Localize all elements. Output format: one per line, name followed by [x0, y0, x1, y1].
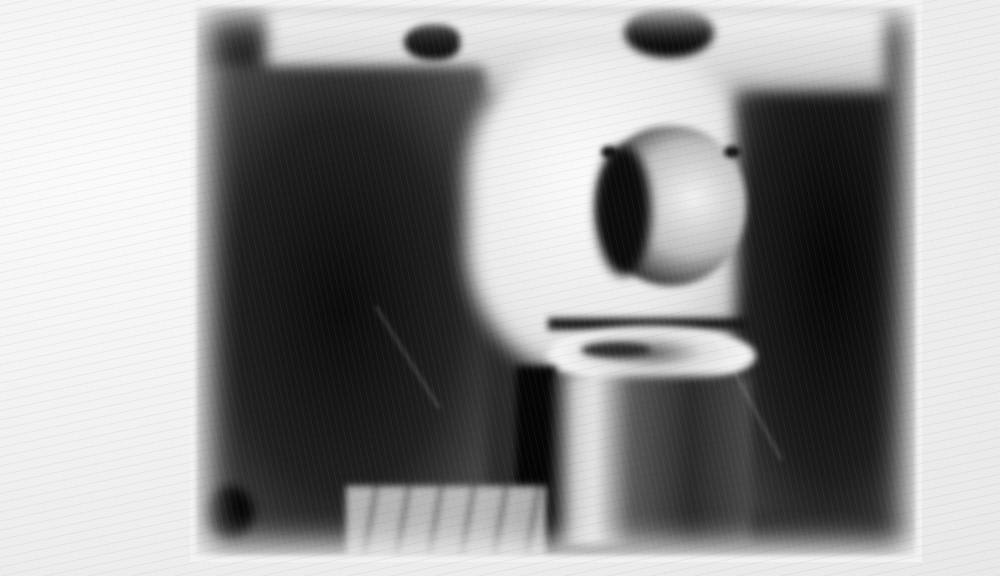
right-dark-wall [736, 96, 916, 516]
lid-hinge-left [601, 146, 617, 158]
print-image-area [196, 6, 916, 556]
bottom-left-ink-blot [204, 486, 254, 541]
top-center-ink-blot [624, 6, 714, 58]
lid-hinge-right [724, 146, 740, 158]
floor-tiles [346, 486, 546, 556]
top-left-ink-blot [404, 24, 460, 60]
toilet-lid-shadow [596, 146, 651, 276]
toilet-base [551, 376, 751, 546]
left-dark-wall [196, 66, 486, 546]
toilet-bowl-opening [581, 342, 651, 358]
